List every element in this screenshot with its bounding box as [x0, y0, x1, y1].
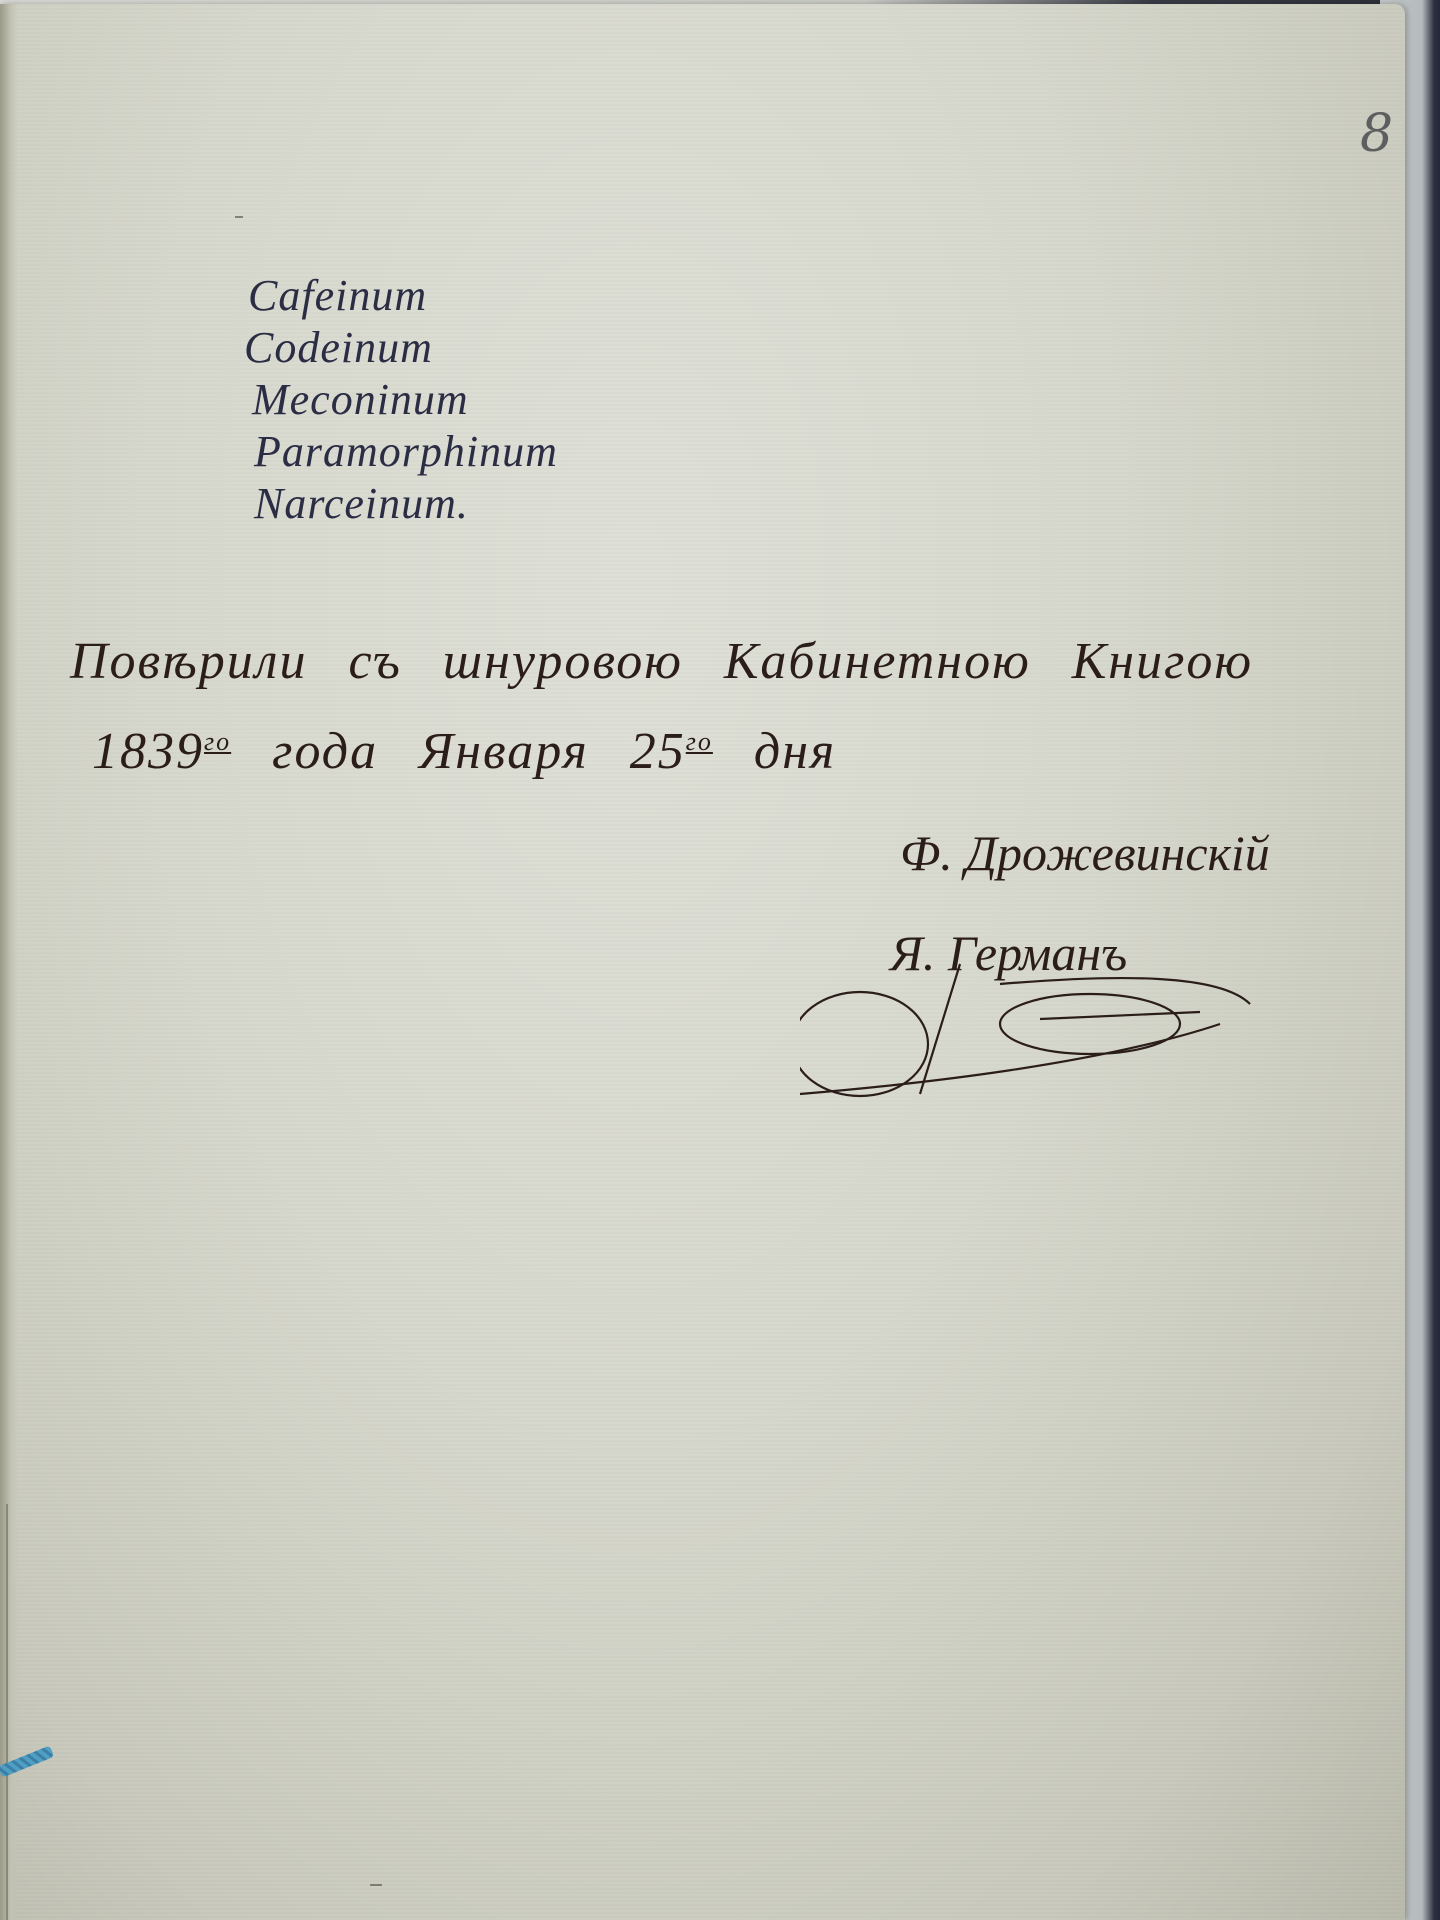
certification-date-line: 1839го года Января 25го дня: [92, 722, 862, 781]
ingredient-item: Narceinum.: [254, 478, 558, 530]
date-year: 1839: [92, 723, 204, 780]
binding-fold-line: [6, 1504, 8, 1920]
cert-word: Книгою: [1072, 633, 1253, 690]
date-year-suffix: го: [204, 727, 231, 756]
binding-spine: [0, 4, 18, 1920]
paper-speck: [235, 216, 243, 218]
date-day-suffix: го: [686, 727, 713, 756]
ingredient-item: Paramorphinum: [254, 426, 558, 478]
paper-speck: [370, 1884, 382, 1886]
cert-word: съ: [348, 633, 401, 690]
ingredient-list: Cafeinum Codeinum Meconinum Paramorphinu…: [248, 270, 558, 530]
ingredient-item: Codeinum: [244, 322, 558, 374]
cert-word: шнуровою: [443, 633, 683, 690]
signature-flourish-icon: [800, 894, 1360, 1154]
signature-1: Ф. Дрожевинскій: [900, 824, 1270, 882]
date-day: 25: [630, 723, 686, 780]
certification-line-1: Повѣрили съ шнуровою Кабинетною Книгою: [70, 632, 1279, 691]
cert-word: Повѣрили: [70, 633, 307, 690]
document-page: 8 Cafeinum Codeinum Meconinum Paramorphi…: [0, 4, 1405, 1920]
cert-word: года: [272, 723, 378, 780]
page-number: 8: [1360, 104, 1393, 164]
cert-word: дня: [754, 723, 836, 780]
ingredient-item: Cafeinum: [248, 270, 558, 322]
ingredient-item: Meconinum: [252, 374, 558, 426]
date-month: Января: [419, 723, 589, 780]
cert-word: Кабинетною: [724, 633, 1031, 690]
